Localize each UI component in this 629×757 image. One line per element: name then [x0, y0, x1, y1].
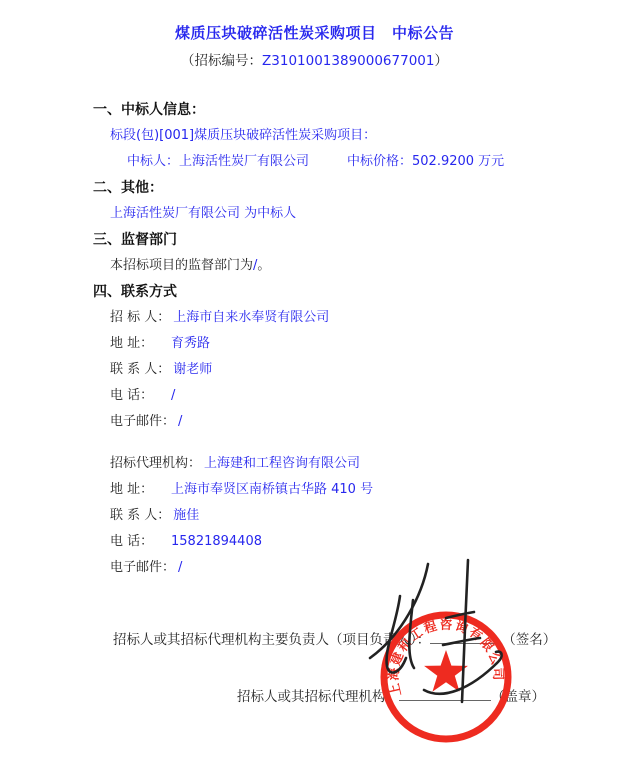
contact-value: /	[178, 560, 182, 575]
contact-value: 15821894408	[171, 534, 262, 549]
contact-label: 电 话：	[110, 529, 168, 555]
announcement-document: 煤质压块破碎活性炭采购项目 中标公告 （招标编号：Z31010013890006…	[0, 0, 629, 757]
bid-number-line: （招标编号：Z3101001389000677001）	[0, 49, 629, 69]
section-4-heading: 四、联系方式	[93, 279, 593, 305]
section-3-heading: 三、监督部门	[93, 227, 593, 253]
contact-label: 招 标 人：	[110, 305, 170, 331]
contact-label: 联 系 人：	[110, 357, 170, 383]
section-2-heading: 二、其他：	[93, 175, 593, 201]
signature-line-label: 招标人或其招标代理机构主要负责人（项目负责人）：	[113, 632, 430, 648]
contact-label: 电 话：	[110, 383, 168, 409]
contact-label: 招标代理机构：	[110, 451, 201, 477]
page-title: 煤质压块破碎活性炭采购项目 中标公告	[0, 22, 629, 43]
contact-row: 联 系 人：谢老师	[93, 357, 593, 383]
contact-row: 电 话：15821894408	[93, 529, 593, 555]
contact-row: 电 话：/	[93, 383, 593, 409]
contact-label: 电子邮件：	[110, 555, 175, 581]
contact-value: /	[178, 414, 182, 429]
bid-number-value: Z3101001389000677001	[262, 53, 434, 69]
contact-value: 谢老师	[173, 362, 212, 377]
contact-row: 电子邮件：/	[93, 555, 593, 581]
stamp-suffix: （盖章）	[491, 689, 545, 705]
contact-row: 招标代理机构：上海建和工程咨询有限公司	[93, 451, 593, 477]
stamp-line-label: 招标人或其招标代理机构：	[237, 689, 399, 705]
contact-value: 上海市自来水奉贤有限公司	[173, 310, 329, 325]
signature-suffix: （签名）	[502, 632, 556, 648]
agency-contact-block: 招标代理机构：上海建和工程咨询有限公司 地 址：上海市奉贤区南桥镇古华路 410…	[93, 451, 593, 581]
contact-value: 上海建和工程咨询有限公司	[204, 456, 360, 471]
contact-label: 地 址：	[110, 477, 168, 503]
contact-label: 电子邮件：	[110, 409, 175, 435]
signature-line: 招标人或其招标代理机构主要负责人（项目负责人）：（签名）	[113, 628, 556, 648]
contact-value: 育秀路	[171, 336, 210, 351]
contact-row: 电子邮件：/	[93, 409, 593, 435]
supervision-line: 本招标项目的监督部门为/。	[93, 253, 593, 279]
contact-label: 地 址：	[110, 331, 168, 357]
bid-number-prefix: （招标编号：	[181, 53, 262, 69]
signature-blank-rule	[430, 630, 502, 644]
lot-line: 标段(包)[001]煤质压块破碎活性炭采购项目：	[93, 123, 593, 149]
stamp-blank-rule	[399, 687, 491, 701]
winner-name: 中标人：上海活性炭厂有限公司	[127, 154, 309, 169]
supervision-suffix: 。	[257, 258, 270, 273]
section-1-heading: 一、中标人信息：	[93, 97, 593, 123]
bid-number-suffix: ）	[434, 53, 448, 69]
stamp-line: 招标人或其招标代理机构：（盖章）	[237, 685, 545, 705]
winner-price-line: 中标人：上海活性炭厂有限公司中标价格：502.9200 万元	[93, 149, 593, 175]
company-seal-and-signature: 上海建和工程咨询有限公司	[350, 550, 560, 757]
winning-price: 中标价格：502.9200 万元	[347, 154, 504, 169]
contact-value: 上海市奉贤区南桥镇古华路 410 号	[171, 482, 373, 497]
document-body: 一、中标人信息： 标段(包)[001]煤质压块破碎活性炭采购项目： 中标人：上海…	[93, 97, 593, 581]
contact-label: 联 系 人：	[110, 503, 170, 529]
contact-row: 地 址：上海市奉贤区南桥镇古华路 410 号	[93, 477, 593, 503]
other-info-line: 上海活性炭厂有限公司 为中标人	[93, 201, 593, 227]
tenderer-contact-block: 招 标 人：上海市自来水奉贤有限公司 地 址：育秀路 联 系 人：谢老师 电 话…	[93, 305, 593, 435]
contact-row: 地 址：育秀路	[93, 331, 593, 357]
contact-value: 施佳	[173, 508, 199, 523]
contact-row: 联 系 人：施佳	[93, 503, 593, 529]
supervision-prefix: 本招标项目的监督部门为	[110, 258, 253, 273]
contact-value: /	[171, 388, 175, 403]
contact-row: 招 标 人：上海市自来水奉贤有限公司	[93, 305, 593, 331]
